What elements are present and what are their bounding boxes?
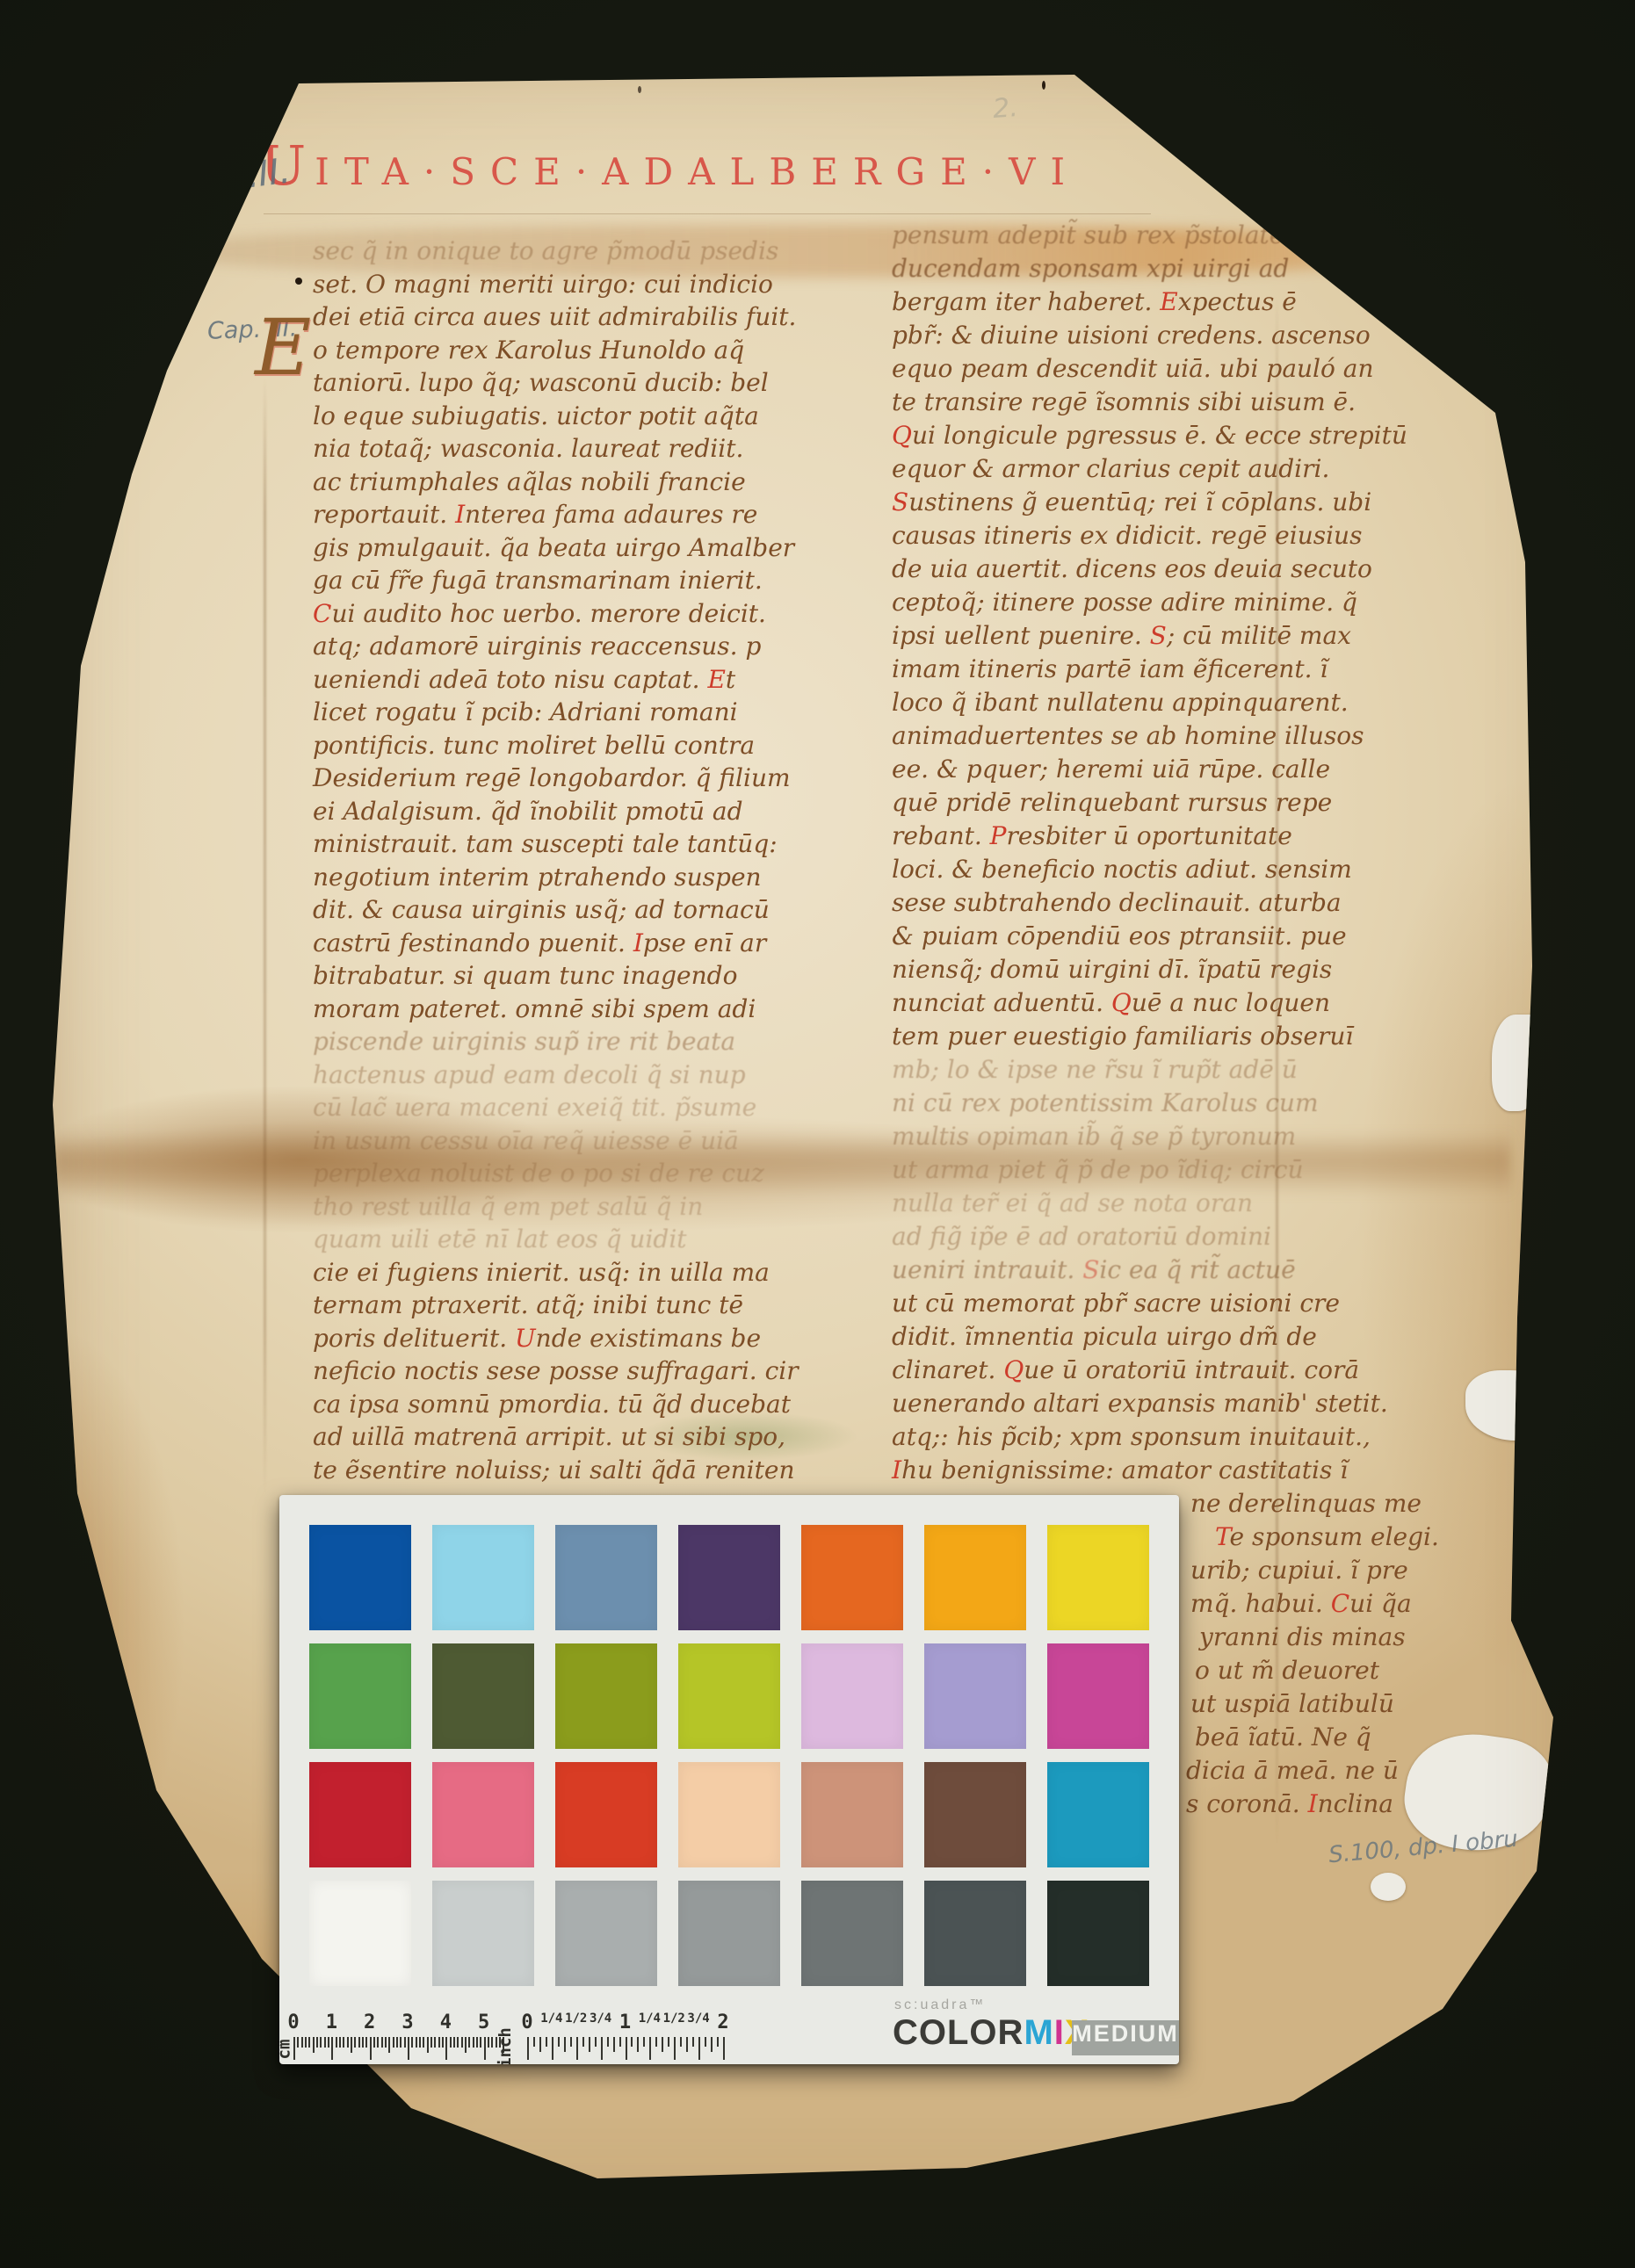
ruler-tick [453,2037,455,2048]
manuscript-line: sese subtrahendo declinauit. aturba [892,887,1516,921]
manuscript-line: mb; lo & ipse ne r̃su ĩ rup̃t adē ū [892,1054,1516,1087]
color-swatch [801,1762,903,1867]
photo-background: UITA·SCE·ADALBERGE·VI S.II. Cap. III. 2.… [0,0,1635,2268]
manuscript-line: uenerando altari expansis manib' stetit. [892,1388,1516,1421]
line-text: rebant. [892,821,990,850]
ruler-tick [442,2037,444,2048]
ruler-tick [491,2037,493,2048]
color-swatch [309,1762,411,1867]
line-text: nclina [1318,1789,1393,1818]
manuscript-line: set. O magni meriti uirgo: cui indicio [313,269,884,302]
manuscript-line: atq; adamorē uirginis reaccensus. p [313,631,884,664]
line-text: dit. & causa uirginis usq̃; ad tornacū [313,895,770,924]
color-swatch [924,1762,1026,1867]
manuscript-line: ad uillā matrenā arripit. ut si sibi spo… [313,1421,884,1455]
inch-unit-label: inch [496,2027,515,2064]
color-swatch [309,1643,411,1749]
manuscript-line: ad fig̃ ip̃e ē ad oratoriū domini [892,1221,1516,1254]
manuscript-line: ministrauit. tam suscepti tale tantūq: [313,828,884,862]
line-text: s coronā. [1186,1789,1308,1818]
ruler-tick [301,2037,303,2048]
line-text: sec q̃ in onique to agre p̃modū psedis [313,236,778,265]
brand-colormix-logo: COLORMIX [893,2013,1089,2053]
ruler-tick [607,2037,609,2047]
manuscript-line: sec q̃ in onique to agre p̃modū psedis [313,235,884,269]
color-swatch [555,1881,657,1986]
manuscript-line: Qui longicule pgressus ē. & ecce strepit… [892,420,1516,453]
manuscript-line: poris delituerit. Unde existimans be [313,1323,884,1356]
cm-unit-label: cm [279,2040,293,2060]
ruler-tick [297,2037,299,2048]
line-text: equor & armor clarius cepit audiri. [892,454,1329,483]
ruler-tick [343,2037,344,2048]
ruler-tick [619,2037,621,2047]
ruler-number: 4 [430,2012,460,2033]
manuscript-line: ueniri intrauit. Sic ea q̃ rit̃ actuē [892,1254,1516,1288]
ruler-tick [370,2037,372,2060]
brand-letter-group: COLOR [893,2013,1024,2052]
line-text: loco q̃ ibant nullatenu appinquarent. [892,688,1349,717]
ruler-tick [680,2037,682,2047]
ruler-tick [404,2037,406,2048]
line-text: hactenus apud eam decoli q̃ si nup [313,1060,746,1089]
line-text: ui audito hoc uerbo. merore deicit. [331,599,766,628]
line-text: licet rogatu ĩ pcib: Adriani romani [313,697,738,726]
ruler-tick [416,2037,417,2048]
pencil-folio-note: S.II. [222,151,292,199]
ruler-tick [328,2037,329,2048]
line-text: o ut m̃ deuoret [1195,1656,1379,1685]
line-text: reportauit. [313,500,455,529]
manuscript-line: nia totaq̃; wasconia. laureat rediit. [313,433,884,466]
manuscript-line: ac triumphales aq̃las nobili francie [313,466,884,500]
rubric-initial: S [892,488,908,516]
ruler-tick [476,2037,478,2048]
ruler-tick [698,2037,700,2060]
ruler-tick [381,2037,383,2048]
manuscript-line: tho rest uilla q̃ em pet salū q̃ in [313,1191,884,1224]
wormhole-speck [295,278,302,285]
ruler-tick [331,2037,333,2060]
line-text: dei etiā circa aues uiit admirabilis fui… [313,302,796,331]
line-text: o tempore rex Karolus Hunoldo aq̃ [313,336,744,365]
ruler-number: 0 [279,2012,308,2033]
ruler-tick [539,2037,541,2052]
line-text: ee. & pquer; heremi uiā rūpe. calle [892,755,1330,784]
ruler-number: 3 [393,2012,423,2033]
line-text: nde existimans be [536,1324,761,1353]
manuscript-line: causas itineris ex didicit. regē eiusius [892,520,1516,553]
ruler-tick [324,2037,326,2048]
ruler-tick [705,2037,706,2047]
manuscript-line: dit. & causa uirginis usq̃; ad tornacū [313,894,884,928]
line-text: urib; cupiui. ĩ pre [1190,1556,1408,1585]
ruler-tick [546,2037,547,2047]
line-text: ternam ptraxerit. atq̃; inibi tunc tē [313,1290,743,1319]
ruler-tick [358,2037,360,2048]
rubric-initial: P [990,821,1007,850]
pencil-faint-note: 2. [992,92,1019,125]
brand-medium-badge: MEDIUM [1072,2020,1179,2055]
line-text: tem puer euestigio familiaris obseruī [892,1022,1353,1051]
line-text: ueniendi adeā toto nisu captat. [313,665,707,694]
line-text: uē a nuc loquen [1132,988,1330,1017]
line-text: castrū festinando puenit. [313,928,633,957]
color-swatch [801,1643,903,1749]
ruler-tick [649,2037,651,2060]
ruler-tick [668,2037,669,2047]
rubric-initial: T [1215,1522,1230,1551]
ruler-tick [533,2037,535,2047]
line-text: nterea fama adaures re [465,500,757,529]
ruler-tick [362,2037,364,2048]
line-text: ui longicule pgressus ē. & ecce strepitū [912,421,1407,450]
brand-letter-group: I [1054,2013,1065,2052]
line-text: atq; adamorē uirginis reaccensus. p [313,632,761,661]
line-text: bitrabatur. si quam tunc inagendo [313,961,737,990]
manuscript-line: taniorū. lupo q̃q; wasconū ducib: bel [313,367,884,401]
swatch-grid [309,1525,1149,1986]
line-text: quam uili etē nī lat eos q̃ uidit [313,1224,687,1253]
line-text: in usum cessu oīa req̃ uiesse ē uiā [313,1126,739,1155]
ruler-tick [674,2037,676,2060]
ruler-tick [480,2037,481,2048]
line-text: bergam iter haberet. [892,287,1160,316]
line-text: animaduertentes se ab homine illusos [892,721,1364,750]
manuscript-line: in usum cessu oīa req̃ uiesse ē uiā [313,1125,884,1159]
brand-studio-name: sc:uadra™ [894,1997,986,2013]
ruler-tick [484,2037,486,2060]
color-swatch [555,1643,657,1749]
line-text: atq;: his p̃cib; xpm sponsum inuitauit., [892,1422,1371,1451]
color-swatch [555,1762,657,1867]
line-text: pse enī ar [643,928,766,957]
manuscript-line: quam uili etē nī lat eos q̃ uidit [313,1224,884,1257]
manuscript-line: clinaret. Que ū oratoriū intrauit. corā [892,1354,1516,1388]
ruler-tick [411,2037,413,2048]
line-text: perplexa noluist de o po si de re cuz [313,1159,764,1188]
manuscript-line: quē pridē relinquebant rursus repe [892,787,1516,820]
line-text: clinaret. [892,1355,1003,1384]
line-text: ad fig̃ ip̃e ē ad oratoriū domini [892,1222,1271,1251]
line-text: te transire regē ĩsomnis sibi uisum ē. [892,387,1356,416]
color-swatch [678,1881,780,1986]
line-text: ustinens g̃ euentūq; rei ĩ cōplans. ubi [908,488,1371,516]
color-swatch [432,1881,534,1986]
ruler-tick [419,2037,421,2048]
line-text: ipsi uellent puenire. [892,621,1150,650]
manuscript-line: pbr̃: & diuine uisioni credens. ascenso [892,320,1516,353]
ruler-tick [637,2037,639,2052]
line-text: ad uillā matrenā arripit. ut si sibi spo… [313,1422,785,1451]
rubric-initial: U [515,1324,536,1353]
line-text: ueniri intrauit. [892,1255,1082,1284]
line-text: equo peam descendit uiā. ubi pauló an [892,354,1374,383]
manuscript-line: dei etiā circa aues uiit admirabilis fui… [313,301,884,335]
color-swatch [432,1525,534,1630]
line-text: quē pridē relinquebant rursus repe [892,788,1332,817]
line-text: & puiam cōpendiū eos ptransiit. pue [892,921,1347,950]
color-swatch [1047,1762,1149,1867]
manuscript-line: nunciat aduentū. Quē a nuc loquen [892,987,1516,1021]
line-text: taniorū. lupo q̃q; wasconū ducib: bel [313,368,769,397]
ruler-tick [305,2037,307,2048]
manuscript-line: castrū festinando puenit. Ipse enī ar [313,928,884,961]
line-text: ut cū memorat pbr̃ sacre uisioni cre [892,1289,1340,1318]
manuscript-line: cie ei fugiens inierit. usq̃: in uilla m… [313,1257,884,1290]
color-calibration-card: 012345 cm 01/41/23/411/41/23/42 inch sc:… [279,1495,1179,2064]
manuscript-line: te ẽsentire noluiss; ui salti q̃dā renit… [313,1455,884,1488]
manuscript-line: ut cū memorat pbr̃ sacre uisioni cre [892,1288,1516,1321]
ruler-tick [351,2037,352,2053]
line-text: mq̃. habui. [1190,1589,1331,1618]
line-text: t [726,665,735,694]
ruler-tick [631,2037,633,2047]
manuscript-line: ipsi uellent puenire. S; cū militē max [892,620,1516,654]
ruler-tick [339,2037,341,2048]
line-text: sese subtrahendo declinauit. aturba [892,888,1342,917]
ruler-tick [692,2037,694,2047]
fold-crease-vertical [264,378,266,1493]
color-swatch [801,1525,903,1630]
manuscript-line: animaduertentes se ab homine illusos [892,720,1516,754]
ruler-tick [313,2037,315,2053]
line-text: cū lac̃ uera maceni exeiq̃ tit. p̃sume [313,1093,756,1122]
manuscript-line: Desiderium regē longobardor. q̃ filium [313,762,884,796]
manuscript-line: reportauit. Interea fama adaures re [313,499,884,532]
ruler-number: 2 [355,2012,385,2033]
manuscript-line: lo eque subiugatis. uictor potit aq̃ta [313,401,884,434]
ruler-tick [570,2037,572,2047]
line-text: didit. ĩmnentia picula uirgo dm̃ de [892,1322,1317,1351]
line-text: e sponsum elegi. [1230,1522,1439,1551]
manuscript-line: ut arma piet q̃ p̃ de po ĩdiq; circū [892,1154,1516,1188]
ruler-tick [445,2037,447,2060]
manuscript-line: piscende uirginis sup̃ ire rit beata [313,1026,884,1059]
manuscript-line: neficio noctis sese posse suffragari. ci… [313,1355,884,1389]
line-text: cie ei fugiens inierit. usq̃: in uilla m… [313,1258,770,1287]
line-text: te ẽsentire noluiss; ui salti q̃dā renit… [313,1455,795,1484]
tape-patch [1371,1873,1406,1901]
title-text: ITA·SCE·ADALBERGE·VI [315,150,1080,193]
manuscript-line: multis opiman ib̃ q̃ se p̃ tyronum [892,1121,1516,1154]
line-text: ue ū oratoriū intrauit. corā [1024,1355,1359,1384]
manuscript-line: Ihu benignissime: amator castitatis ĩ [892,1455,1516,1488]
line-text: de uia auertit. dicens eos deuia secuto [892,554,1372,583]
color-swatch [1047,1525,1149,1630]
ruler-tick [457,2037,459,2048]
ruler-tick [347,2037,349,2048]
manuscript-line: moram pateret. omnē sibi spem adi [313,993,884,1027]
line-text: yranni dis minas [1199,1622,1406,1651]
line-text: set. O magni meriti uirgo: cui indicio [313,270,773,299]
line-text: mb; lo & ipse ne r̃su ĩ rup̃t adē ū [892,1055,1298,1084]
ruler-tick [461,2037,463,2048]
manuscript-line: ee. & pquer; heremi uiā rūpe. calle [892,754,1516,787]
line-text: ic ea q̃ rit̃ actuē [1099,1255,1295,1284]
ruler-tick [316,2037,318,2048]
text-column-left: sec q̃ in onique to agre p̃modū psedisse… [313,235,884,1487]
ruler-tick [468,2037,470,2048]
manuscript-line: rebant. Presbiter ū oportunitate [892,820,1516,854]
line-text: imam itineris partē iam ẽficerent. ĩ [892,654,1328,683]
line-text: ; cū militē max [1167,621,1351,650]
manuscript-line: licet rogatu ĩ pcib: Adriani romani [313,697,884,730]
brand-letter-group: M [1024,2013,1053,2052]
ruler-tick [488,2037,489,2048]
manuscript-line: ducendam sponsam xpi uirgi ad [892,253,1516,286]
line-text: hu benignissime: amator castitatis ĩ [901,1455,1348,1484]
manuscript-line: ceptoq̃; itinere posse adire minime. q̃ [892,587,1516,620]
ruler-tick [576,2037,578,2060]
ruler-tick [589,2037,590,2052]
wormhole-speck [638,86,641,93]
ruler-tick [373,2037,375,2048]
ruled-hairline [264,213,1151,214]
ruler-tick [601,2037,603,2060]
manuscript-line: bitrabatur. si quam tunc inagendo [313,960,884,993]
ruler-tick [400,2037,402,2048]
line-text: nunciat aduentū. [892,988,1111,1017]
manuscript-line: & puiam cōpendiū eos ptransiit. pue [892,921,1516,954]
manuscript-line: ni cū rex potentissim Karolus cum [892,1087,1516,1121]
ruler-tick [655,2037,657,2047]
color-swatch [309,1525,411,1630]
ruler-tick [465,2037,467,2053]
manuscript-line: perplexa noluist de o po si de re cuz [313,1158,884,1191]
line-text: moram pateret. omnē sibi spem adi [313,994,756,1023]
line-text: niensq̃; domū uirgini dī. ĩpatū regis [892,955,1332,984]
manuscript-line: hactenus apud eam decoli q̃ si nup [313,1059,884,1093]
line-text: ne derelinquas me [1190,1489,1422,1518]
line-text: ut arma piet q̃ p̃ de po ĩdiq; circū [892,1155,1304,1184]
ruler-tick [582,2037,584,2047]
line-text: lo eque subiugatis. uictor potit aq̃ta [313,401,759,430]
rubric-initial: Q [1003,1355,1024,1384]
line-text: Desiderium regē longobardor. q̃ filium [313,763,791,792]
ruler-tick [595,2037,597,2047]
manuscript-line: ca ipsa somnū pmordia. tū q̃d ducebat [313,1389,884,1422]
manuscript-line: ternam ptraxerit. atq̃; inibi tunc tē [313,1289,884,1323]
manuscript-line: equor & armor clarius cepit audiri. [892,453,1516,487]
color-swatch [801,1881,903,1986]
line-text: multis opiman ib̃ q̃ se p̃ tyronum [892,1122,1296,1151]
line-text: piscende uirginis sup̃ ire rit beata [313,1027,735,1056]
manuscript-line: cū lac̃ uera maceni exeiq̃ tit. p̃sume [313,1092,884,1125]
ruler-tick [385,2037,387,2048]
ruler-tick [643,2037,645,2047]
rubric-initial: I [892,1455,901,1484]
ruler-tick [365,2037,367,2048]
ruler-tick [434,2037,436,2048]
wormhole-speck [1042,81,1045,90]
color-swatch [309,1881,411,1986]
ruler-tick [473,2037,474,2048]
ruler-tick [408,2037,409,2060]
manuscript-line: bergam iter haberet. Expectus ē [892,286,1516,320]
manuscript-line: Sustinens g̃ euentūq; rei ĩ cōplans. ubi [892,487,1516,520]
line-text: ministrauit. tam suscepti tale tantūq: [313,829,778,858]
ruler-tick [423,2037,424,2048]
color-swatch [924,1881,1026,1986]
manuscript-line: ueniendi adeā toto nisu captat. Et [313,664,884,697]
line-text: negotium interim ptrahendo suspen [313,863,762,892]
manuscript-line: didit. ĩmnentia picula uirgo dm̃ de [892,1321,1516,1354]
rubric-initial: C [1331,1589,1349,1618]
rubric-initial: S [1082,1255,1099,1284]
line-text: dicia ā meā. ne ū [1186,1756,1399,1785]
rubric-initial: E [707,665,725,694]
line-text: pontificis. tunc moliret bellū contra [313,731,755,760]
manuscript-line: tem puer euestigio familiaris obseruī [892,1021,1516,1054]
rubric-initial: E [1160,287,1177,316]
line-text: resbiter ū oportunitate [1007,821,1292,850]
manuscript-line: atq;: his p̃cib; xpm sponsum inuitauit., [892,1421,1516,1455]
line-text: beā ĩatū. Ne q̃ [1195,1723,1371,1752]
color-swatch [432,1643,534,1749]
initial-letter-E: E [255,302,311,393]
line-text: nulla ter̃ ei q̃ ad se nota oran [892,1188,1253,1217]
manuscript-line: loco q̃ ibant nullatenu appinquarent. [892,687,1516,720]
rubric-initial: Q [1111,988,1132,1017]
rubric-initial: I [633,928,643,957]
manuscript-line: o tempore rex Karolus Hunoldo aq̃ [313,335,884,368]
color-swatch [1047,1881,1149,1986]
line-text: xpectus ē [1178,287,1297,316]
ruler-tick [388,2037,390,2053]
line-text: poris delituerit. [313,1324,515,1353]
manuscript-line: de uia auertit. dicens eos deuia secuto [892,553,1516,587]
ruler-tick [320,2037,322,2048]
line-text: ei Adalgisum. q̃d ĩnobilit pmotū ad [313,797,743,826]
ruler-tick [430,2037,432,2048]
color-swatch [924,1643,1026,1749]
manuscript-line: ei Adalgisum. q̃d ĩnobilit pmotū ad [313,796,884,829]
ruler-tick [613,2037,615,2052]
ruler-number: 1 [316,2012,346,2033]
ruler-tick [626,2037,627,2060]
color-swatch [1047,1643,1149,1749]
line-text: ac triumphales aq̃las nobili francie [313,467,746,496]
color-swatch [678,1643,780,1749]
line-text: nia totaq̃; wasconia. laureat rediit. [313,434,743,463]
manuscript-line: nulla ter̃ ei q̃ ad se nota oran [892,1188,1516,1221]
rubric-initial: C [313,599,331,628]
line-text: tho rest uilla q̃ em pet salū q̃ in [313,1192,703,1221]
line-text: ducendam sponsam xpi uirgi ad [892,254,1289,283]
ruler-tick [723,2037,725,2060]
ruler-tick [552,2037,553,2060]
ruler-tick [450,2037,452,2048]
ruler-tick [686,2037,688,2052]
color-swatch [555,1525,657,1630]
manuscript-line: negotium interim ptrahendo suspen [313,862,884,895]
manuscript-line: gis pmulgauit. q̃a beata uirgo Amalber [313,532,884,566]
color-swatch [678,1525,780,1630]
ruler-tick [662,2037,663,2052]
rubric-initial: I [455,500,465,529]
line-text: pensum adepit̃ sub rex p̃stolatē he [892,220,1322,249]
manuscript-line: ga cū fr̃e fugā transmarinam inierit. [313,565,884,598]
line-text: ut uspiā latibulū [1190,1689,1394,1718]
ruler-tick [427,2037,429,2053]
line-text: ui q̃a [1349,1589,1412,1618]
line-text: ga cū fr̃e fugā transmarinam inierit. [313,566,763,595]
manuscript-line: pontificis. tunc moliret bellū contra [313,730,884,763]
ruler-number: 5 [469,2012,499,2033]
ruler-tick [336,2037,337,2048]
line-text: ceptoq̃; itinere posse adire minime. q̃ [892,588,1357,617]
